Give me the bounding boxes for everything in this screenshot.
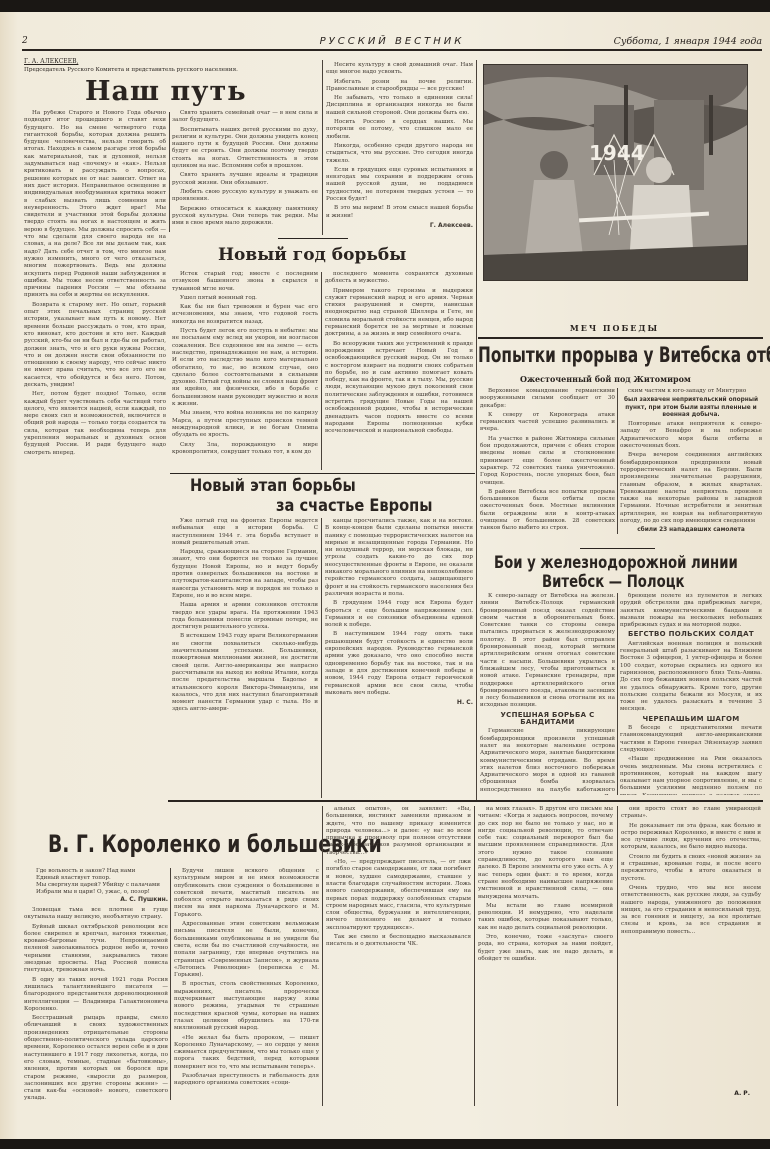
illustration-caption: МЕЧ ПОБЕДЫ <box>483 323 746 333</box>
boi-col1: К северо-западу от Витебска на железн. л… <box>480 593 615 795</box>
vitebsk-col2: ским частям к юго-западу от Минтурно был… <box>620 388 762 534</box>
nash-put-col2: Свято хранить семейный очаг — в нем сила… <box>172 110 318 230</box>
headline-novyi-etap-line1: Новый этап борьбы <box>190 476 356 496</box>
novyi-etap-col2: канцы просчитались также, как и на восто… <box>325 518 473 797</box>
headline-novyi-etap-line2: за счастье Европы <box>276 496 432 516</box>
headline-boi-line2: Витебск — Полоцк <box>542 572 685 592</box>
scan-bottom-edge <box>0 1139 770 1149</box>
masthead: 2 РУССКИЙ ВЕСТНИК Суббота, 1 января 1944… <box>22 36 762 50</box>
korolenko-col2: Будучи лишен всякого общения с культурны… <box>174 868 319 1103</box>
scan-top-edge <box>0 0 770 12</box>
author-title: Председатель Русского Комитета и предста… <box>24 67 238 73</box>
subhead-bandits: УСПЕШНАЯ БОРЬБА С БАНДИТАМИ <box>480 712 615 727</box>
illustration-drawing: 1944 <box>484 65 747 280</box>
subhead-turtle: ЧЕРЕПАШЬИМ ШАГОМ <box>620 716 762 723</box>
headline-boi-line1: Бои у железнодорожной линии <box>494 553 738 573</box>
masthead-rule <box>22 49 762 51</box>
headline-novyi-god: Новый год борьбы <box>218 245 406 265</box>
signature-ar: А. Р. <box>700 1090 750 1097</box>
subhead-polish: БЕГСТВО ПОЛЬСКИХ СОЛДАТ <box>620 631 762 638</box>
section-rule <box>168 800 763 802</box>
issue-date: Суббота, 1 января 1944 года <box>614 36 762 47</box>
subheadline-zhitomir: Ожесточенный бой под Житомиром <box>520 374 691 384</box>
korolenko-col5: они просто стоят во главе умирающей стра… <box>621 806 761 1088</box>
novyi-etap-col1: Уже пятый год на фронтах Европы ведется … <box>172 518 318 797</box>
nash-put-col3: Несите культуру в свой домашний очаг. На… <box>326 62 473 232</box>
novyi-god-col1: Истек старый год; вместе с последним отз… <box>172 271 318 470</box>
korolenko-col4: на моих глазах». В другом его письме мы … <box>478 806 613 1106</box>
novyi-god-col2: последнего момента сохранятся духовные д… <box>325 271 473 470</box>
epigraph: Где вольность и закон? Над нами Единый в… <box>36 868 168 903</box>
korolenko-col1: Где вольность и закон? Над нами Единый в… <box>24 868 168 1138</box>
headline-vitebsk: Попытки прорыва у Витебска отбиты <box>478 343 770 367</box>
boi-col2: бреющем полете из пулеметов и легких ору… <box>620 593 762 795</box>
signature-alekseev: Г. Алексеев. <box>326 222 473 229</box>
author-name: Г. А. АЛЕКСЕЕВ, <box>24 58 78 65</box>
illustration-mech-pobedy: 1944 <box>483 64 748 281</box>
headline-nash-put: Наш путь <box>85 76 247 107</box>
korolenko-col3: альных опытов», он заявляет: «Вы, больше… <box>326 806 471 1106</box>
newspaper-page: 2 РУССКИЙ ВЕСТНИК Суббота, 1 января 1944… <box>0 0 770 1149</box>
illustration-year: 1944 <box>589 141 645 165</box>
signature-ns: Н. С. <box>325 699 473 706</box>
vitebsk-col1: Верховное командование германскими воору… <box>480 388 615 534</box>
epigraph-author: А. С. Пушкин. <box>36 896 168 903</box>
